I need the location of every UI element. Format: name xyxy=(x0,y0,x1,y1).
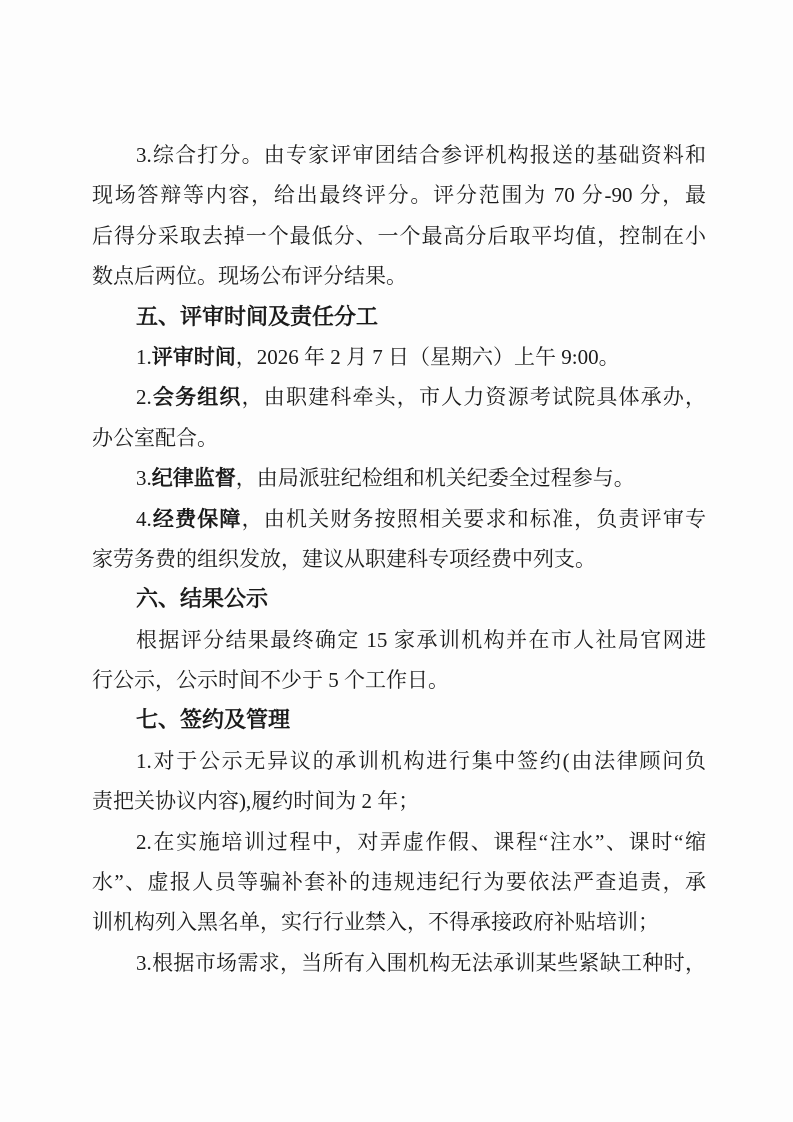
text-segment: 水”、虚报人员等骗补套补的违规违纪行为要依法严查追责，承 xyxy=(92,870,706,894)
text-segment: 行公示，公示时间不少于 5 个工作日。 xyxy=(92,668,449,692)
text-line: 行公示，公示时间不少于 5 个工作日。 xyxy=(92,660,706,700)
text-segment: 4. xyxy=(136,507,152,531)
text-segment: ，由机关财务按照相关要求和标准，负责评审专 xyxy=(242,507,706,531)
text-segment: ，由局派驻纪检组和机关纪委全过程参与。 xyxy=(236,466,635,490)
text-segment: 家劳务费的组织发放，建议从职建科专项经费中列支。 xyxy=(92,547,596,571)
text-line: 1.对于公示无异议的承训机构进行集中签约(由法律顾问负 xyxy=(92,741,706,781)
text-line: 训机构列入黑名单，实行行业禁入，不得承接政府补贴培训； xyxy=(92,902,706,942)
bold-text-segment: 七、签约及管理 xyxy=(136,707,290,732)
section-heading: 七、签约及管理 xyxy=(92,700,706,740)
bold-text-segment: 会务组织 xyxy=(152,385,242,409)
text-line: 家劳务费的组织发放，建议从职建科专项经费中列支。 xyxy=(92,539,706,579)
text-segment: 办公室配合。 xyxy=(92,426,218,450)
text-line: 数点后两位。现场公布评分结果。 xyxy=(92,256,706,296)
text-line: 2.在实施培训过程中，对弄虚作假、课程“注水”、课时“缩 xyxy=(92,822,706,862)
bold-text-segment: 纪律监督 xyxy=(152,466,236,490)
text-line: 办公室配合。 xyxy=(92,418,706,458)
text-segment: 1.对于公示无异议的承训机构进行集中签约(由法律顾问负 xyxy=(136,749,706,773)
text-line: 根据评分结果最终确定 15 家承训机构并在市人社局官网进 xyxy=(92,620,706,660)
document-page: 3.综合打分。由专家评审团结合参评机构报送的基础资料和现场答辩等内容，给出最终评… xyxy=(0,0,793,1122)
bold-text-segment: 经费保障 xyxy=(152,507,242,531)
document-content: 3.综合打分。由专家评审团结合参评机构报送的基础资料和现场答辩等内容，给出最终评… xyxy=(92,135,706,983)
text-line: 1.评审时间，2026 年 2 月 7 日（星期六）上午 9:00。 xyxy=(92,337,706,377)
text-segment: 训机构列入黑名单，实行行业禁入，不得承接政府补贴培训； xyxy=(92,910,659,934)
section-heading: 六、结果公示 xyxy=(92,579,706,619)
text-segment: 3.综合打分。由专家评审团结合参评机构报送的基础资料和 xyxy=(136,143,706,167)
text-segment: 责把关协议内容),履约时间为 2 年； xyxy=(92,789,419,813)
text-line: 后得分采取去掉一个最低分、一个最高分后取平均值，控制在小 xyxy=(92,216,706,256)
text-segment: 现场答辩等内容，给出最终评分。评分范围为 70 分-90 分，最 xyxy=(92,183,706,207)
text-segment: 3. xyxy=(136,466,152,490)
text-segment: 2. xyxy=(136,385,152,409)
text-segment: 1. xyxy=(136,345,152,369)
bold-text-segment: 六、结果公示 xyxy=(136,586,268,611)
text-line: 责把关协议内容),履约时间为 2 年； xyxy=(92,781,706,821)
text-segment: 3.根据市场需求，当所有入围机构无法承训某些紧缺工种时， xyxy=(136,951,706,975)
text-segment: 2.在实施培训过程中，对弄虚作假、课程“注水”、课时“缩 xyxy=(136,830,706,854)
text-line: 3.综合打分。由专家评审团结合参评机构报送的基础资料和 xyxy=(92,135,706,175)
text-segment: 后得分采取去掉一个最低分、一个最高分后取平均值，控制在小 xyxy=(92,224,706,248)
bold-text-segment: 五、评审时间及责任分工 xyxy=(136,304,378,329)
section-heading: 五、评审时间及责任分工 xyxy=(92,297,706,337)
text-segment: 数点后两位。现场公布评分结果。 xyxy=(92,264,407,288)
text-line: 2.会务组织，由职建科牵头，市人力资源考试院具体承办， xyxy=(92,377,706,417)
text-line: 3.根据市场需求，当所有入围机构无法承训某些紧缺工种时， xyxy=(92,943,706,983)
text-line: 现场答辩等内容，给出最终评分。评分范围为 70 分-90 分，最 xyxy=(92,175,706,215)
text-segment: 根据评分结果最终确定 15 家承训机构并在市人社局官网进 xyxy=(136,628,706,652)
text-line: 水”、虚报人员等骗补套补的违规违纪行为要依法严查追责，承 xyxy=(92,862,706,902)
text-segment: ，由职建科牵头，市人力资源考试院具体承办， xyxy=(242,385,706,409)
bold-text-segment: 评审时间 xyxy=(152,345,236,369)
text-segment: ，2026 年 2 月 7 日（星期六）上午 9:00。 xyxy=(236,345,620,369)
text-line: 3.纪律监督，由局派驻纪检组和机关纪委全过程参与。 xyxy=(92,458,706,498)
text-line: 4.经费保障，由机关财务按照相关要求和标准，负责评审专 xyxy=(92,499,706,539)
